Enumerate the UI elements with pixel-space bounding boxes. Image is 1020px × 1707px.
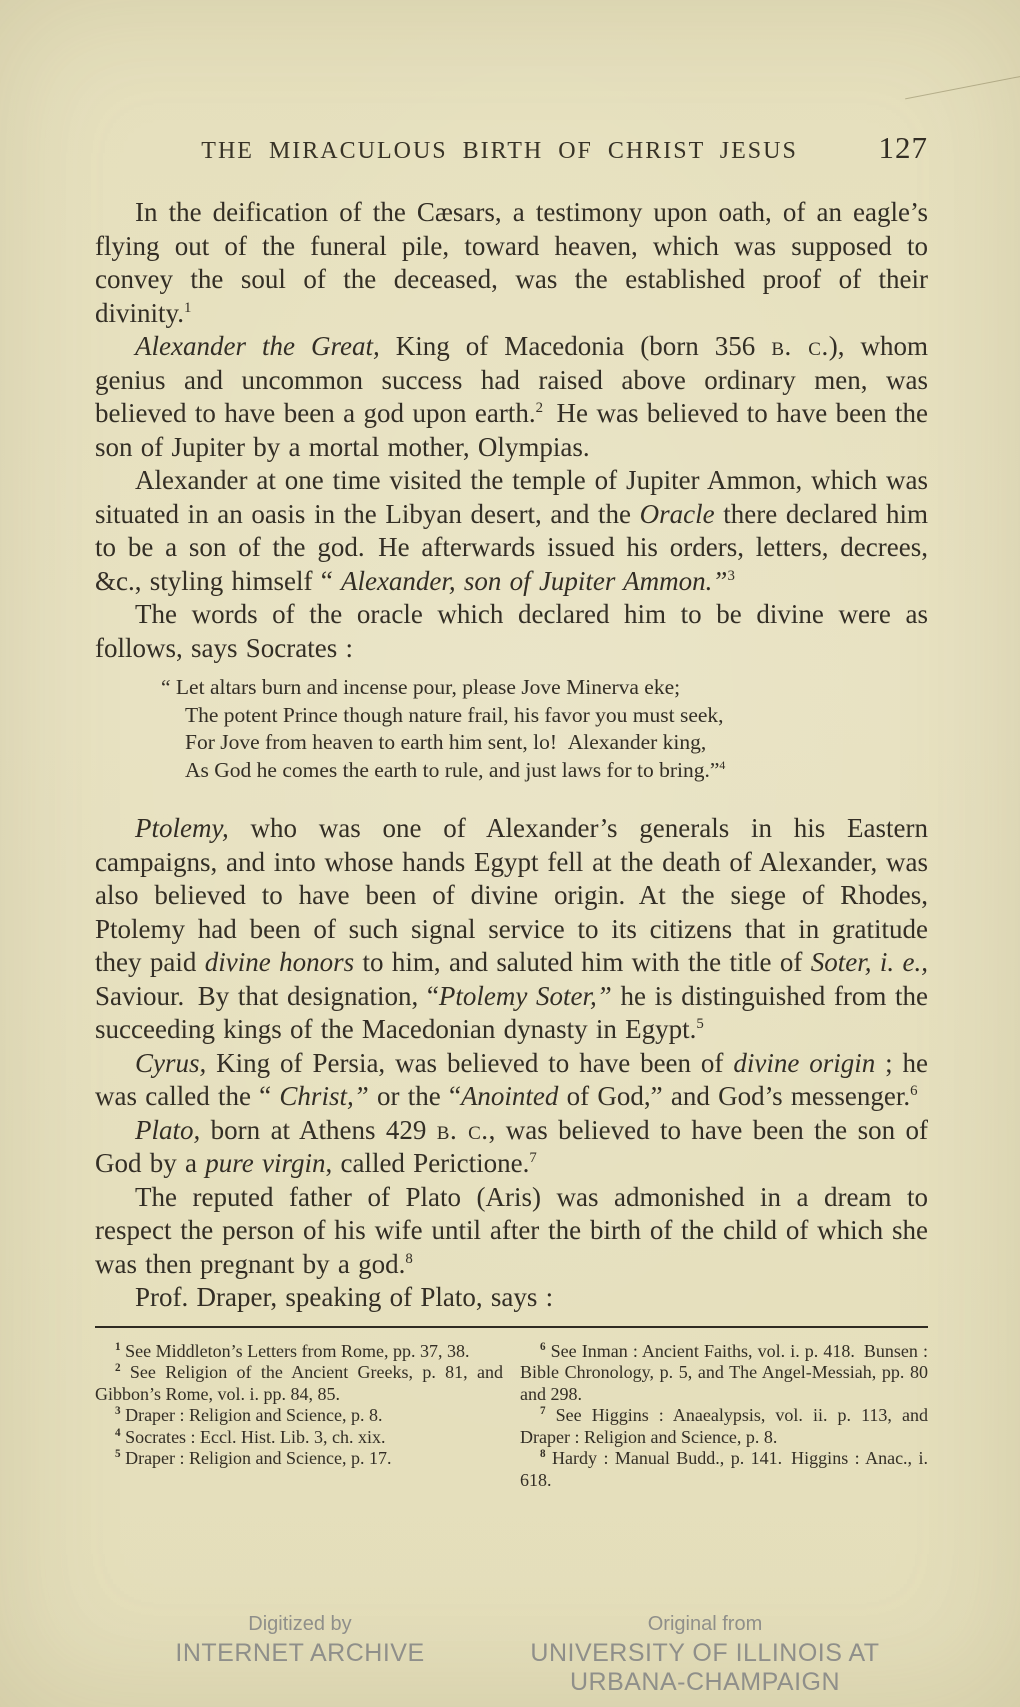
footnote: 4 Socrates : Eccl. Hist. Lib. 3, ch. xix… — [95, 1427, 503, 1449]
text-run: Oracle — [640, 499, 715, 529]
text-run: Christ,” — [279, 1081, 368, 1111]
footnote: 3 Draper : Religion and Science, p. 8. — [95, 1405, 503, 1427]
text-run: divine honors — [205, 947, 354, 977]
page-number: 127 — [879, 130, 929, 166]
footnote-reference: 8 — [405, 1251, 412, 1267]
original-from-watermark: Original from UNIVERSITY OF ILLINOIS AT … — [480, 1612, 930, 1697]
paragraph: The reputed father of Plato (Aris) was a… — [95, 1181, 928, 1282]
footnote-reference: 1 — [184, 300, 191, 316]
digitized-by-watermark: Digitized by INTERNET ARCHIVE — [140, 1612, 460, 1668]
verse-line: As God he comes the earth to rule, and j… — [161, 757, 928, 785]
text-run: King of Macedonia (born 356 — [380, 331, 772, 361]
text-run: King of Persia, was believed to have bee… — [206, 1048, 733, 1078]
text-run: Cyrus, — [135, 1048, 206, 1078]
footnote-reference: 4 — [719, 757, 725, 771]
footnotes-section: 1 See Middleton’s Letters from Rome, pp.… — [95, 1341, 928, 1492]
footnotes-right-column: 6 See Inman : Ancient Faiths, vol. i. p.… — [520, 1341, 928, 1492]
footnote-reference: 3 — [727, 568, 734, 584]
watermark-label: Original from — [480, 1612, 930, 1636]
verse-line: For Jove from heaven to earth him sent, … — [161, 729, 928, 757]
footnote: 8 Hardy : Manual Budd., p. 141. Higgins … — [520, 1448, 928, 1491]
paper-crease — [905, 74, 1020, 100]
text-run: pure virgin — [205, 1148, 325, 1178]
footnote-rule — [95, 1326, 928, 1328]
footnote-reference: 7 — [529, 1150, 536, 1166]
text-run: b. c. — [771, 331, 828, 361]
text-run: “ Let altars burn and incense pour, plea… — [161, 675, 680, 699]
footnote-marker: 1 — [115, 1341, 121, 1353]
page-content: THE MIRACULOUS BIRTH OF CHRIST JESUS 127… — [95, 130, 928, 1491]
footnote-marker: 7 — [540, 1405, 546, 1417]
footnote-marker: 8 — [540, 1448, 546, 1460]
text-run: The words of the oracle which declared h… — [95, 599, 928, 663]
text-run: The reputed father of Plato (Aris) was a… — [95, 1182, 928, 1279]
text-run: , called Perictione. — [325, 1148, 529, 1178]
text-run: Plato, — [135, 1115, 200, 1145]
footnote-marker: 4 — [115, 1427, 121, 1439]
text-run: Anointed — [461, 1081, 558, 1111]
footnote-marker: 5 — [115, 1448, 121, 1460]
footnote-marker: 6 — [540, 1341, 546, 1353]
paragraph: Alexander the Great, King of Macedonia (… — [95, 330, 928, 464]
paragraph: Ptolemy, who was one of Alexander’s gene… — [95, 812, 928, 1047]
text-run: born at Athens 429 — [200, 1115, 437, 1145]
text-run: Alexander the Great, — [135, 331, 380, 361]
footnote-marker: 3 — [115, 1405, 121, 1417]
footnote: 5 Draper : Religion and Science, p. 17. — [95, 1448, 503, 1470]
footnotes-left-column: 1 See Middleton’s Letters from Rome, pp.… — [95, 1341, 503, 1492]
footnote: 1 See Middleton’s Letters from Rome, pp.… — [95, 1341, 503, 1363]
footnote: 7 See Higgins : Anaealypsis, vol. ii. p.… — [520, 1405, 928, 1448]
footnote-reference: 5 — [696, 1016, 703, 1032]
watermark-source: INTERNET ARCHIVE — [140, 1639, 460, 1668]
text-run: divine origin — [733, 1048, 875, 1078]
text-run: Alexander, son of Jupiter Ammon.” — [341, 566, 727, 596]
watermark-label: Digitized by — [140, 1612, 460, 1636]
text-run: to him, and saluted him with the title o… — [354, 947, 811, 977]
book-page-scan: THE MIRACULOUS BIRTH OF CHRIST JESUS 127… — [0, 0, 1020, 1707]
text-run: In the deification of the Cæsars, a test… — [95, 197, 928, 328]
paragraph: Alexander at one time visited the temple… — [95, 464, 928, 598]
verse-line: The potent Prince though nature frail, h… — [161, 702, 928, 730]
footnote: 6 See Inman : Ancient Faiths, vol. i. p.… — [520, 1341, 928, 1406]
footnote-reference: 2 — [536, 400, 543, 416]
paragraph: The words of the oracle which declared h… — [95, 598, 928, 665]
text-run: or the “ — [369, 1081, 461, 1111]
verse-line: “ Let altars burn and incense pour, plea… — [161, 674, 928, 702]
verse-quote: “ Let altars burn and incense pour, plea… — [161, 674, 928, 784]
text-run: Ptolemy Soter,” — [439, 981, 612, 1011]
text-run: Prof. Draper, speaking of Plato, says : — [135, 1282, 553, 1312]
text-run: As God he comes the earth to rule, and j… — [185, 758, 719, 782]
page-title: THE MIRACULOUS BIRTH OF CHRIST JESUS — [201, 138, 798, 165]
text-run: b. c. — [437, 1115, 489, 1145]
text-run: The potent Prince though nature frail, h… — [185, 703, 724, 727]
paragraph: Prof. Draper, speaking of Plato, says : — [95, 1281, 928, 1315]
watermark-source: UNIVERSITY OF ILLINOIS AT — [480, 1639, 930, 1668]
footnote: 2 See Religion of the Ancient Greeks, p.… — [95, 1362, 503, 1405]
paragraph: Plato, born at Athens 429 b. c., was bel… — [95, 1114, 928, 1181]
footnote-marker: 2 — [115, 1362, 121, 1374]
text-run: Saviour. By that designation, “ — [95, 981, 439, 1011]
text-run: Ptolemy, — [135, 813, 229, 843]
body-paragraphs: In the deification of the Cæsars, a test… — [95, 196, 928, 1315]
running-header: THE MIRACULOUS BIRTH OF CHRIST JESUS 127 — [95, 130, 928, 172]
paragraph: Cyrus, King of Persia, was believed to h… — [95, 1047, 928, 1114]
footnote-reference: 6 — [910, 1083, 917, 1099]
text-run: of God,” and God’s messenger. — [558, 1081, 910, 1111]
watermark-source: URBANA-CHAMPAIGN — [480, 1668, 930, 1697]
paragraph: In the deification of the Cæsars, a test… — [95, 196, 928, 330]
text-run: For Jove from heaven to earth him sent, … — [185, 730, 706, 754]
text-run: Soter, i. e., — [811, 947, 928, 977]
